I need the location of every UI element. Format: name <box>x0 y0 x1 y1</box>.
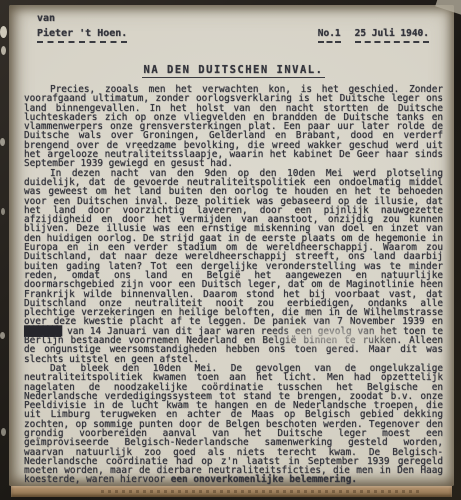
document-paper: van Pieter 't Hoen. No.1 25 Juli 1940. N… <box>9 5 454 486</box>
from-label: van <box>37 13 443 24</box>
paragraph-1: Precies, zooals men het verwachten kon, … <box>24 85 443 169</box>
issue-number: No.1 <box>318 28 341 43</box>
paragraph-2: In dezen nacht van den 9den op den 10den… <box>24 169 443 364</box>
title-row: NA DEN DUITSCHEN INVAL. <box>24 58 443 78</box>
paragraph-3: Dat bleek den 10den Mei. De gevolgen van… <box>24 364 443 485</box>
photo-frame: van Pieter 't Hoen. No.1 25 Juli 1940. N… <box>0 0 461 500</box>
author-name: Pieter 't Hoen. <box>37 28 127 43</box>
paper-damage-mark <box>1 428 6 436</box>
body-text: Precies, zooals men het verwachten kon, … <box>24 85 443 485</box>
bleed-through-text <box>101 490 422 493</box>
document-title: NA DEN DUITSCHEN INVAL. <box>142 64 326 78</box>
bottom-paper-edge <box>11 486 452 497</box>
issue-and-date: No.1 25 Juli 1940. <box>318 28 429 43</box>
document-content: van Pieter 't Hoen. No.1 25 Juli 1940. N… <box>9 5 454 486</box>
paper-damage-mark <box>0 138 5 146</box>
paper-damage-mark <box>1 208 5 215</box>
document-date: 25 Juli 1940. <box>355 28 429 43</box>
paragraph-2-text: In dezen nacht van den 9den op den 10den… <box>24 168 443 328</box>
document-header: Pieter 't Hoen. No.1 25 Juli 1940. <box>37 28 429 43</box>
paper-damage-mark <box>0 26 7 38</box>
paper-damage-mark <box>1 46 6 55</box>
paragraph-2-continued: van 14 Januari van dit jaar waren reeds … <box>24 326 443 365</box>
paragraph-3-text: Dat bleek den 10den Mei. De gevolgen van… <box>24 363 443 486</box>
paper-damage-mark <box>0 332 5 339</box>
